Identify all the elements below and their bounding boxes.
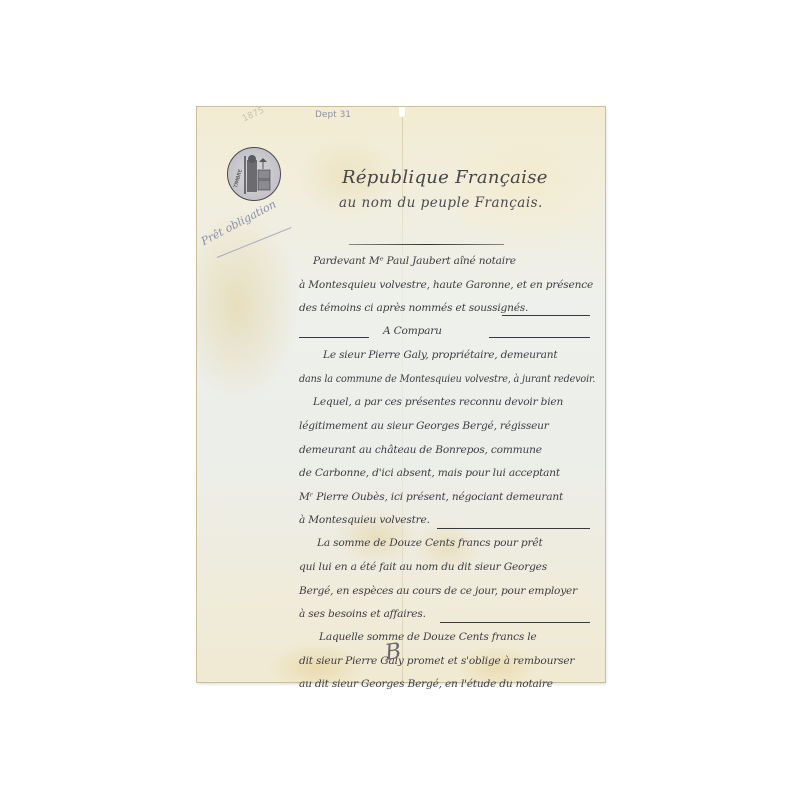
text-line: Laquelle somme de Douze Cents francs le	[319, 631, 537, 643]
text-line: au dit sieur Georges Bergé, en l'étude d…	[299, 678, 553, 690]
text-line: légitimement au sieur Georges Bergé, rég…	[299, 420, 549, 432]
section-heading-comparu: A Comparu	[383, 325, 442, 337]
text-line: à Montesquieu volvestre, haute Garonne, …	[299, 279, 593, 291]
text-line: à ses besoins et affaires.	[299, 608, 426, 620]
document-title: République Française	[342, 167, 548, 188]
document-viewer: 1875 Dept 31 TIMBRE Prêt obligation Répu…	[0, 0, 800, 800]
text-line: de Carbonne, d'ici absent, mais pour lui…	[299, 467, 560, 479]
text-line: dans la commune de Montesquieu volvestre…	[299, 373, 595, 385]
title-underline	[349, 244, 504, 245]
text-line: qui lui en a été fait au nom du dit sieu…	[299, 561, 547, 573]
page-tear-notch	[399, 107, 405, 117]
page-mark: B	[383, 639, 402, 666]
text-line: à Montesquieu volvestre.	[299, 514, 430, 526]
svg-text:TIMBRE: TIMBRE	[233, 169, 244, 190]
text-line: La somme de Douze Cents francs pour prêt	[317, 537, 543, 549]
text-line: Le sieur Pierre Galy, propriétaire, deme…	[323, 349, 557, 361]
line-filler-rule	[437, 528, 590, 529]
department-pencil-note: Dept 31	[315, 110, 351, 120]
text-line: des témoins ci après nommés et soussigné…	[299, 302, 528, 314]
line-filler-rule	[489, 337, 590, 338]
text-line: dit sieur Pierre Galy promet et s'oblige…	[299, 655, 574, 667]
line-filler-rule	[502, 315, 590, 316]
revenue-stamp-seal-icon: TIMBRE	[227, 147, 281, 201]
text-line: demeurant au château de Bonrepos, commun…	[299, 444, 542, 456]
text-line: Mʳ Pierre Oubès, ici présent, négociant …	[299, 491, 563, 503]
margin-pencil-note: Prêt obligation	[199, 198, 278, 248]
text-line: Pardevant Mᵉ Paul Jaubert aîné notaire	[313, 255, 516, 267]
text-line: Bergé, en espèces au cours de ce jour, p…	[299, 585, 577, 597]
document-subtitle: au nom du peuple Français.	[339, 195, 543, 211]
corner-pencil-note: 1875	[241, 106, 266, 125]
document-page: 1875 Dept 31 TIMBRE Prêt obligation Répu…	[197, 107, 605, 682]
line-filler-rule	[440, 622, 590, 623]
text-line: Lequel, a par ces présentes reconnu devo…	[313, 396, 563, 408]
line-filler-rule	[299, 337, 369, 338]
